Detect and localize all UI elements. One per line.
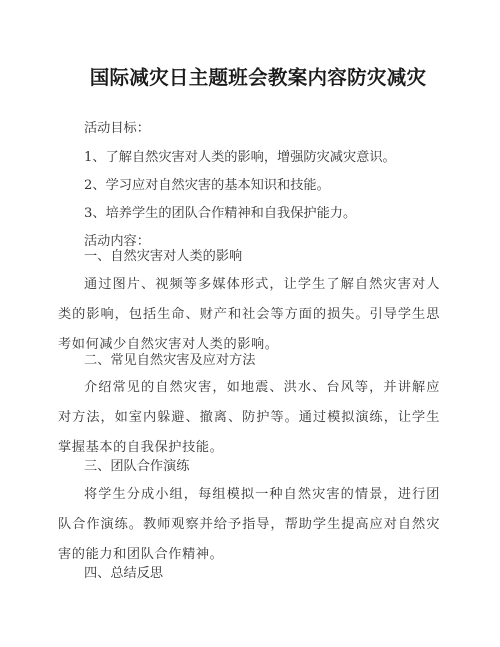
objective-item-2: 2、学习应对自然灾害的基本知识和技能。 [84,178,330,194]
part-1-heading: 一、自然灾害对人类的影响 [84,249,242,265]
content-heading: 活动内容： [84,234,150,250]
part-4-heading: 四、总结反思 [84,566,163,582]
objectives-heading: 活动目标： [84,121,150,137]
part-3-body: 将学生分成小组，每组模拟一种自然灾害的情景，进行团队合作演练。教师观察并给予指导… [58,480,440,570]
part-3-heading: 三、团队合作演练 [84,459,190,475]
document-page: 国际减灾日主题班会教案内容防灾减灾 活动目标： 1、了解自然灾害对人类的影响，增… [0,0,500,647]
part-1-body: 通过图片、视频等多媒体形式，让学生了解自然灾害对人类的影响，包括生命、财产和社会… [58,270,440,360]
objective-item-1: 1、了解自然灾害对人类的影响，增强防灾减灾意识。 [84,150,396,166]
document-title: 国际减灾日主题班会教案内容防灾减灾 [0,62,500,90]
part-2-body: 介绍常见的自然灾害，如地震、洪水、台风等，并讲解应对方法，如室内躲避、撤离、防护… [58,373,440,463]
part-2-heading: 二、常见自然灾害及应对方法 [84,353,255,369]
objective-item-3: 3、培养学生的团队合作精神和自我保护能力。 [84,206,356,222]
